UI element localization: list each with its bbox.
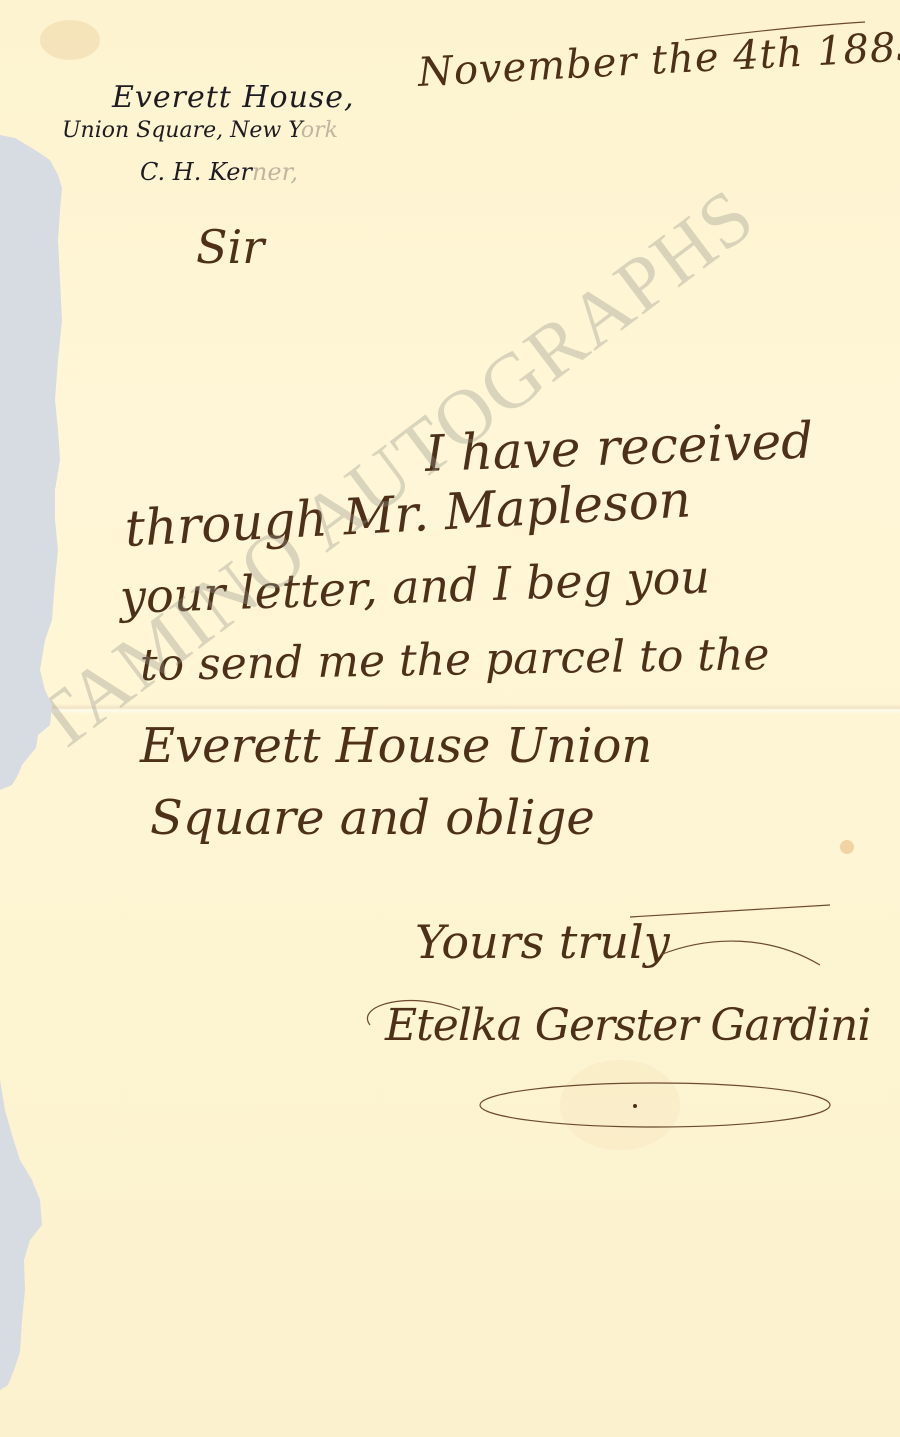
age-stain — [840, 840, 854, 854]
body-line-5: Everett House Union — [140, 718, 652, 774]
salutation: Sir — [196, 220, 264, 274]
letterhead-line-3-faded: ner, — [252, 158, 298, 186]
letterhead-line-2-faded: ork — [301, 118, 338, 143]
letterhead-line-2: Union Square, New Y — [62, 118, 301, 143]
signature-flourish — [350, 985, 900, 1145]
letter-paper: Everett House, Union Square, New York C.… — [0, 0, 900, 1437]
letterhead-hotel-name: Everett House, — [112, 80, 355, 115]
date-underline-flourish — [680, 18, 870, 48]
letterhead-address: Union Square, New York — [62, 118, 338, 143]
body-line-6: Square and oblige — [150, 790, 595, 846]
letterhead-line-1: Everett House, — [112, 80, 355, 115]
closing-flourish — [620, 895, 840, 975]
letterhead-proprietor: C. H. Kerner, — [140, 158, 298, 186]
age-stain — [40, 20, 100, 60]
letterhead-line-3: C. H. Ker — [140, 158, 252, 186]
